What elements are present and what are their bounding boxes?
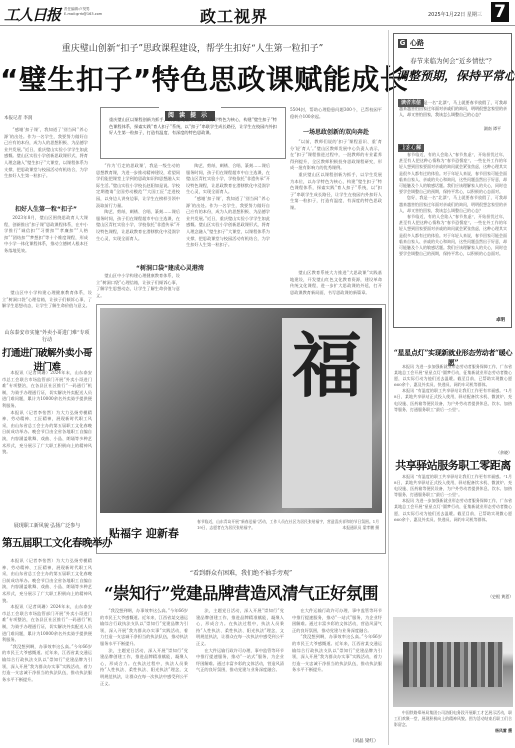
left-top-paragraph: 璧山区中小学构建心理健康教育体系，设立“树洞口袋”心理信箱，让孩子们倾诉心事，了… xyxy=(2,290,92,310)
bottom-col3-paragraph: 在大件运输行政许可办理、事中监管等环节中推行提速服务，推动“一站式”服务，为企业… xyxy=(292,608,382,634)
lead-col1-text: “感谢‘扣子课’，我知道了‘别当网’‘养心源’的出处。作为一名学生，我要努力做好… xyxy=(4,127,88,200)
right-story1-paragraph: 本报讯 为进一步加强新就业形态劳动者服务保障工作，广东省某地总工会开展“星星点灯… xyxy=(394,364,512,388)
left1-headline: 打通进门破解外卖小哥进门难 xyxy=(2,345,92,373)
lead-col4-text3: 璧山区教育系统大力推进“大思政课”实践基地建设，开发璧山红色文化教育资源，建设革… xyxy=(290,270,382,302)
lead-col4-paragraph3: 璧山区教育系统大力推进“大思政课”实践基地建设，开发璧山红色文化教育资源，建设革… xyxy=(290,270,382,296)
right-story2-text: 本报讯 “有温度的职工共享驿站让我们工作更有幸福感。”1月8日，某地共享驿站正式… xyxy=(394,474,512,590)
lead-kicker: 重庆璧山创新“扣子”思政课程建设，帮学生扣好“人生第一粒扣子” xyxy=(0,41,385,54)
column-headline: 调整预期，保持平常心 xyxy=(396,67,509,84)
left1-paragraph: 本报讯（记者周珊）2024年末，山东泰安市总工会联合市场监管部门开展“外卖小哥进… xyxy=(2,370,92,410)
group-photo-people xyxy=(403,642,503,687)
left2-kicker: 展现职工新风貌 弘扬广泛参与 xyxy=(2,522,92,529)
bottom-col2: 法，主题党日活动，深入开展“崇知行”党建品牌创建工作，推进品牌精准赋能，凝聚人心… xyxy=(196,608,284,746)
lead-col3-spill: 陶艺、剪纸、刺绣、合唱、篆刻……课后服务时间，孩子们在课程超市中自主选课，在璧山… xyxy=(186,163,270,301)
right-story2-headline: 共享驿站服务职工零距离 xyxy=(392,457,514,473)
bottom-col1: “我没想到啊，办事效率这么高。”今年66岁的市民王大爷感慨道。近年来，江西省某交… xyxy=(100,608,188,746)
lead-col4-paragraph2: 重庆璧山区以课程创新为抓手，以学生发展为本位，以办学特色为核心，构建“璧生扣子”… xyxy=(290,172,382,212)
bottom-col1-paragraph2: 法，主题党日活动，深入开展“崇知行”党建品牌创建工作，推进品牌精准赋能，凝聚人心… xyxy=(100,648,188,688)
lead-col2-paragraph2: 陶艺、剪纸、刺绣、合唱、篆刻……课后服务时间，孩子们在课程超市中自主选课，在璧山… xyxy=(96,209,180,242)
editor-email: E-mail:grrb@163.com xyxy=(64,12,102,17)
bottom-col2-paragraph2: 在大件运输行政许可办理、事中监管等环节中推行提速服务，推动“一站式”服务，为企业… xyxy=(196,648,284,674)
reader-sign: 湖南 谭平 xyxy=(484,126,501,132)
lead-col1-text2: 2023年8月，璧山区围绕思政育人大课程，创新推出“扣子课”思政课程体系，在中小… xyxy=(4,215,88,285)
section-title: 政工视界 xyxy=(200,4,268,27)
lead-col2-text3: 璧山区中小学构建心理健康教育体系，设立“树洞口袋”心理信箱，让孩子们倾诉心事，了… xyxy=(96,273,180,301)
center-photo-image: 福 xyxy=(100,308,382,513)
photo-credit: 本报通讯员 梁孝鹏 摄 xyxy=(342,525,379,531)
photo-caption: 春节临近，山东青岛开展“新春送福”活动，工作人员在社区为居民张贴福字，营造喜庆祥… xyxy=(197,519,379,545)
lead-subhead3: 一场思政创新的双向奔赴 xyxy=(290,127,382,136)
lead-col2-text: “作为‘行走的思政课’，我是一级生动的思想教育课，为进一步推动精神建设，希望同学… xyxy=(96,163,180,253)
lead-byline: 本报记者 李润 xyxy=(4,115,32,121)
lead-col1-paragraph2: 2023年8月，璧山区围绕思政育人大课程，创新推出“扣子课”思政课程体系，在中小… xyxy=(4,215,88,255)
left1-paragraph2: 本报讯（记者李怡然）为大力弘扬劳模精神、劳动精神、工匠精神，展现新时代职工风采，… xyxy=(2,410,92,456)
expert-reply-text3: 春节临近，有的人会陷入“春节焦虑”，开始担忧过年，甚至有人把这种心情称为“春节恐… xyxy=(399,214,507,257)
lead-headline: “璧生扣子”特色思政课赋能成长 xyxy=(0,58,385,98)
lead-col4-text: 5504封，帮助心理隐患问题300个，已帮校园平稳转介100余起。 xyxy=(290,107,382,119)
reader-letter-text: 您好，我是一名“北漂”，马上就要春节放假了，可我却越来越害怕回家过年面对亲戚们的… xyxy=(399,100,507,118)
bottom-col3-paragraph2: “我没想到啊，办事效率这么高。”今年66岁的市民王大爷感慨道。近年来，江西省某交… xyxy=(292,634,382,674)
page-number: 7 xyxy=(491,2,509,22)
intro-box: 阅读提示 重庆璧山区以课程创新为抓手，以学生发展为本位，以办学特色为核心，构建“… xyxy=(100,107,286,159)
right-story2-credit: （史根 黄恩） xyxy=(488,594,513,600)
group-photo xyxy=(393,617,513,707)
expert-sign: 卓明 xyxy=(496,317,505,323)
right-story1-credit: （余晓） xyxy=(496,450,512,456)
editor-info: 责任编辑:卢昊男 E-mail:grrb@163.com xyxy=(64,7,102,17)
column-divider xyxy=(388,30,389,745)
bottom-col3: 在大件运输行政许可办理、事中监管等环节中推行提速服务，推动“一站式”服务，为企业… xyxy=(292,608,382,740)
expert-reply: 春节临近，有的人会陷入“春节焦虑”，开始担忧过年，甚至有人把这种心情称为“春节恐… xyxy=(399,152,507,320)
intro-box-text: 重庆璧山区以课程创新为抓手，以学生发展为本位，以办学特色为核心，构建“璧生扣子”… xyxy=(109,117,277,157)
bottom-col2-paragraph: 法，主题党日活动，深入开展“崇知行”党建品牌创建工作，推进品牌精准赋能，凝聚人心… xyxy=(196,608,284,648)
issue-date: 2025年1月22日 星期三 xyxy=(428,11,482,18)
left2-paragraph: 本报讯（记者李怡然）为大力弘扬劳模精神、劳动精神、工匠精神，展现新时代职工风采，… xyxy=(2,558,92,604)
right-story1-text: 本报讯 为进一步加强新就业形态劳动者服务保障工作，广东省某地总工会开展“星星点灯… xyxy=(394,364,512,452)
lead-col2-paragraph3: 璧山区中小学构建心理健康教育体系，设立“树洞口袋”心理信箱，让孩子们倾诉心事，了… xyxy=(96,273,180,299)
bottom-credit: （刘晶 梁红） xyxy=(350,738,378,744)
left2-paragraph3: “我没想到啊，办事效率这么高。”今年66岁的市民王大爷感慨道。近年来，江西省某交… xyxy=(2,644,92,684)
lead-col1-paragraph: “感谢‘扣子课’，我知道了‘别当网’‘养心源’的出处。作为一名学生，我要努力做好… xyxy=(4,127,88,180)
group-photo-caption-text: 中国铁路郑州局集团公司洛阳电务段开展职工才艺展示活动，职工们欢聚一堂，展现积极向… xyxy=(394,710,512,728)
newspaper-logo: 工人日报 xyxy=(4,4,60,25)
lead-subhead1: 扣好人生第一粒“扣子” xyxy=(4,204,88,213)
center-photo-frame: 福 贴福字 迎新春 春节临近，山东青岛开展“新春送福”活动，工作人员在社区为居民… xyxy=(96,304,386,554)
left1-text: 本报讯（记者周珊）2024年末，山东泰安市总工会联合市场监管部门开展“外卖小哥进… xyxy=(2,370,92,500)
left2-text: 本报讯（记者李怡然）为大力弘扬劳模精神、劳动精神、工匠精神，展现新时代职工风采，… xyxy=(2,558,92,746)
left-top-spill: 璧山区中小学构建心理健康教育体系，设立“树洞口袋”心理信箱，让孩子们倾诉心事，了… xyxy=(2,290,92,320)
lead-col4-text2: “以前，教师们说的‘扣子’课程意识、重‘育分’轻‘育人’。”璧山区教师发展中心负… xyxy=(290,139,382,267)
left2-headline: 第五届职工文化春晚举办 xyxy=(2,535,92,550)
expert-greeting: 谭平您好： xyxy=(399,145,422,151)
reader-letter: 您好，我是一名“北漂”，马上就要春节放假了，可我却越来越害怕回家过年面对亲戚们的… xyxy=(399,100,507,127)
expert-reply-text2: 您好，我是一名“北漂”，马上就要春节放假了，可我却越来越害怕回家过年面对亲戚们的… xyxy=(399,195,507,214)
lead-col4-paragraph: “以前，教师们说的‘扣子’课程意识、重‘育分’轻‘育人’。”璧山区教师发展中心负… xyxy=(290,139,382,172)
fu-character-banner: 福 xyxy=(282,318,372,508)
photo-title: 贴福字 迎新春 xyxy=(109,525,179,541)
lead-col3-paragraph2: “感谢‘扣子课’，我知道了‘别当网’‘养心源’的出处。作为一名学生，我要努力做好… xyxy=(186,196,270,249)
column-name: 心路 xyxy=(410,38,424,49)
left1-kicker: 山东泰安市实施“外卖小哥进门难”专项行动 xyxy=(2,329,92,343)
left2-paragraph2: 本报讯（记者周珊）2024年末，山东泰安市总工会联合市场监管部门开展“外卖小哥进… xyxy=(2,604,92,644)
column-header: G 心路 xyxy=(398,38,424,49)
bottom-col1-paragraph: “我没想到啊，办事效率这么高。”今年66岁的市民王大爷感慨道。近年来，江西省某交… xyxy=(100,608,188,648)
group-photo-credit: 杨风雷 摄 xyxy=(495,728,512,734)
column-logo-icon: G xyxy=(398,39,407,48)
bottom-headline: “崇知行”党建品牌营造风清气正好氛围 xyxy=(96,580,386,604)
right-story2-paragraph2: 本报讯 为进一步加强新就业形态劳动者服务保障工作，广东省某地总工会开展“星星点灯… xyxy=(394,498,512,522)
lead-col3-paragraph: 陶艺、剪纸、刺绣、合唱、篆刻……课后服务时间，孩子们在课程超市中自主选课，在璧山… xyxy=(186,163,270,196)
expert-reply-text: 春节临近，有的人会陷入“春节焦虑”，开始担忧过年，甚至有人把这种心情称为“春节恐… xyxy=(399,152,507,195)
right-story2-paragraph: 本报讯 “有温度的职工共享驿站让我们工作更有幸福感。”1月8日，某地共享驿站正式… xyxy=(394,474,512,498)
column-kicker: 春节来临为何会“近乡情怯”？ xyxy=(396,56,509,65)
right-story1-paragraph2: 本报讯 “有温度的职工共享驿站让我们工作更有幸福感。”1月8日，某地共享驿站正式… xyxy=(394,388,512,412)
lead-col2-paragraph: “作为‘行走的思政课’，我是一级生动的思想教育课，为进一步推动精神建设，希望同学… xyxy=(96,163,180,209)
xinlu-column-box: G 心路 春节来临为何会“近乡情怯”？ 调整预期，保持平常心 读者来信 您好，我… xyxy=(393,33,512,328)
group-photo-caption: 中国铁路郑州局集团公司洛阳电务段开展职工才艺展示活动，职工们欢聚一堂，展现积极向… xyxy=(394,710,512,746)
fu-character: 福 xyxy=(282,318,372,413)
bottom-kicker: “看到群众有困难，我们绝不袖手旁观” xyxy=(96,568,386,577)
